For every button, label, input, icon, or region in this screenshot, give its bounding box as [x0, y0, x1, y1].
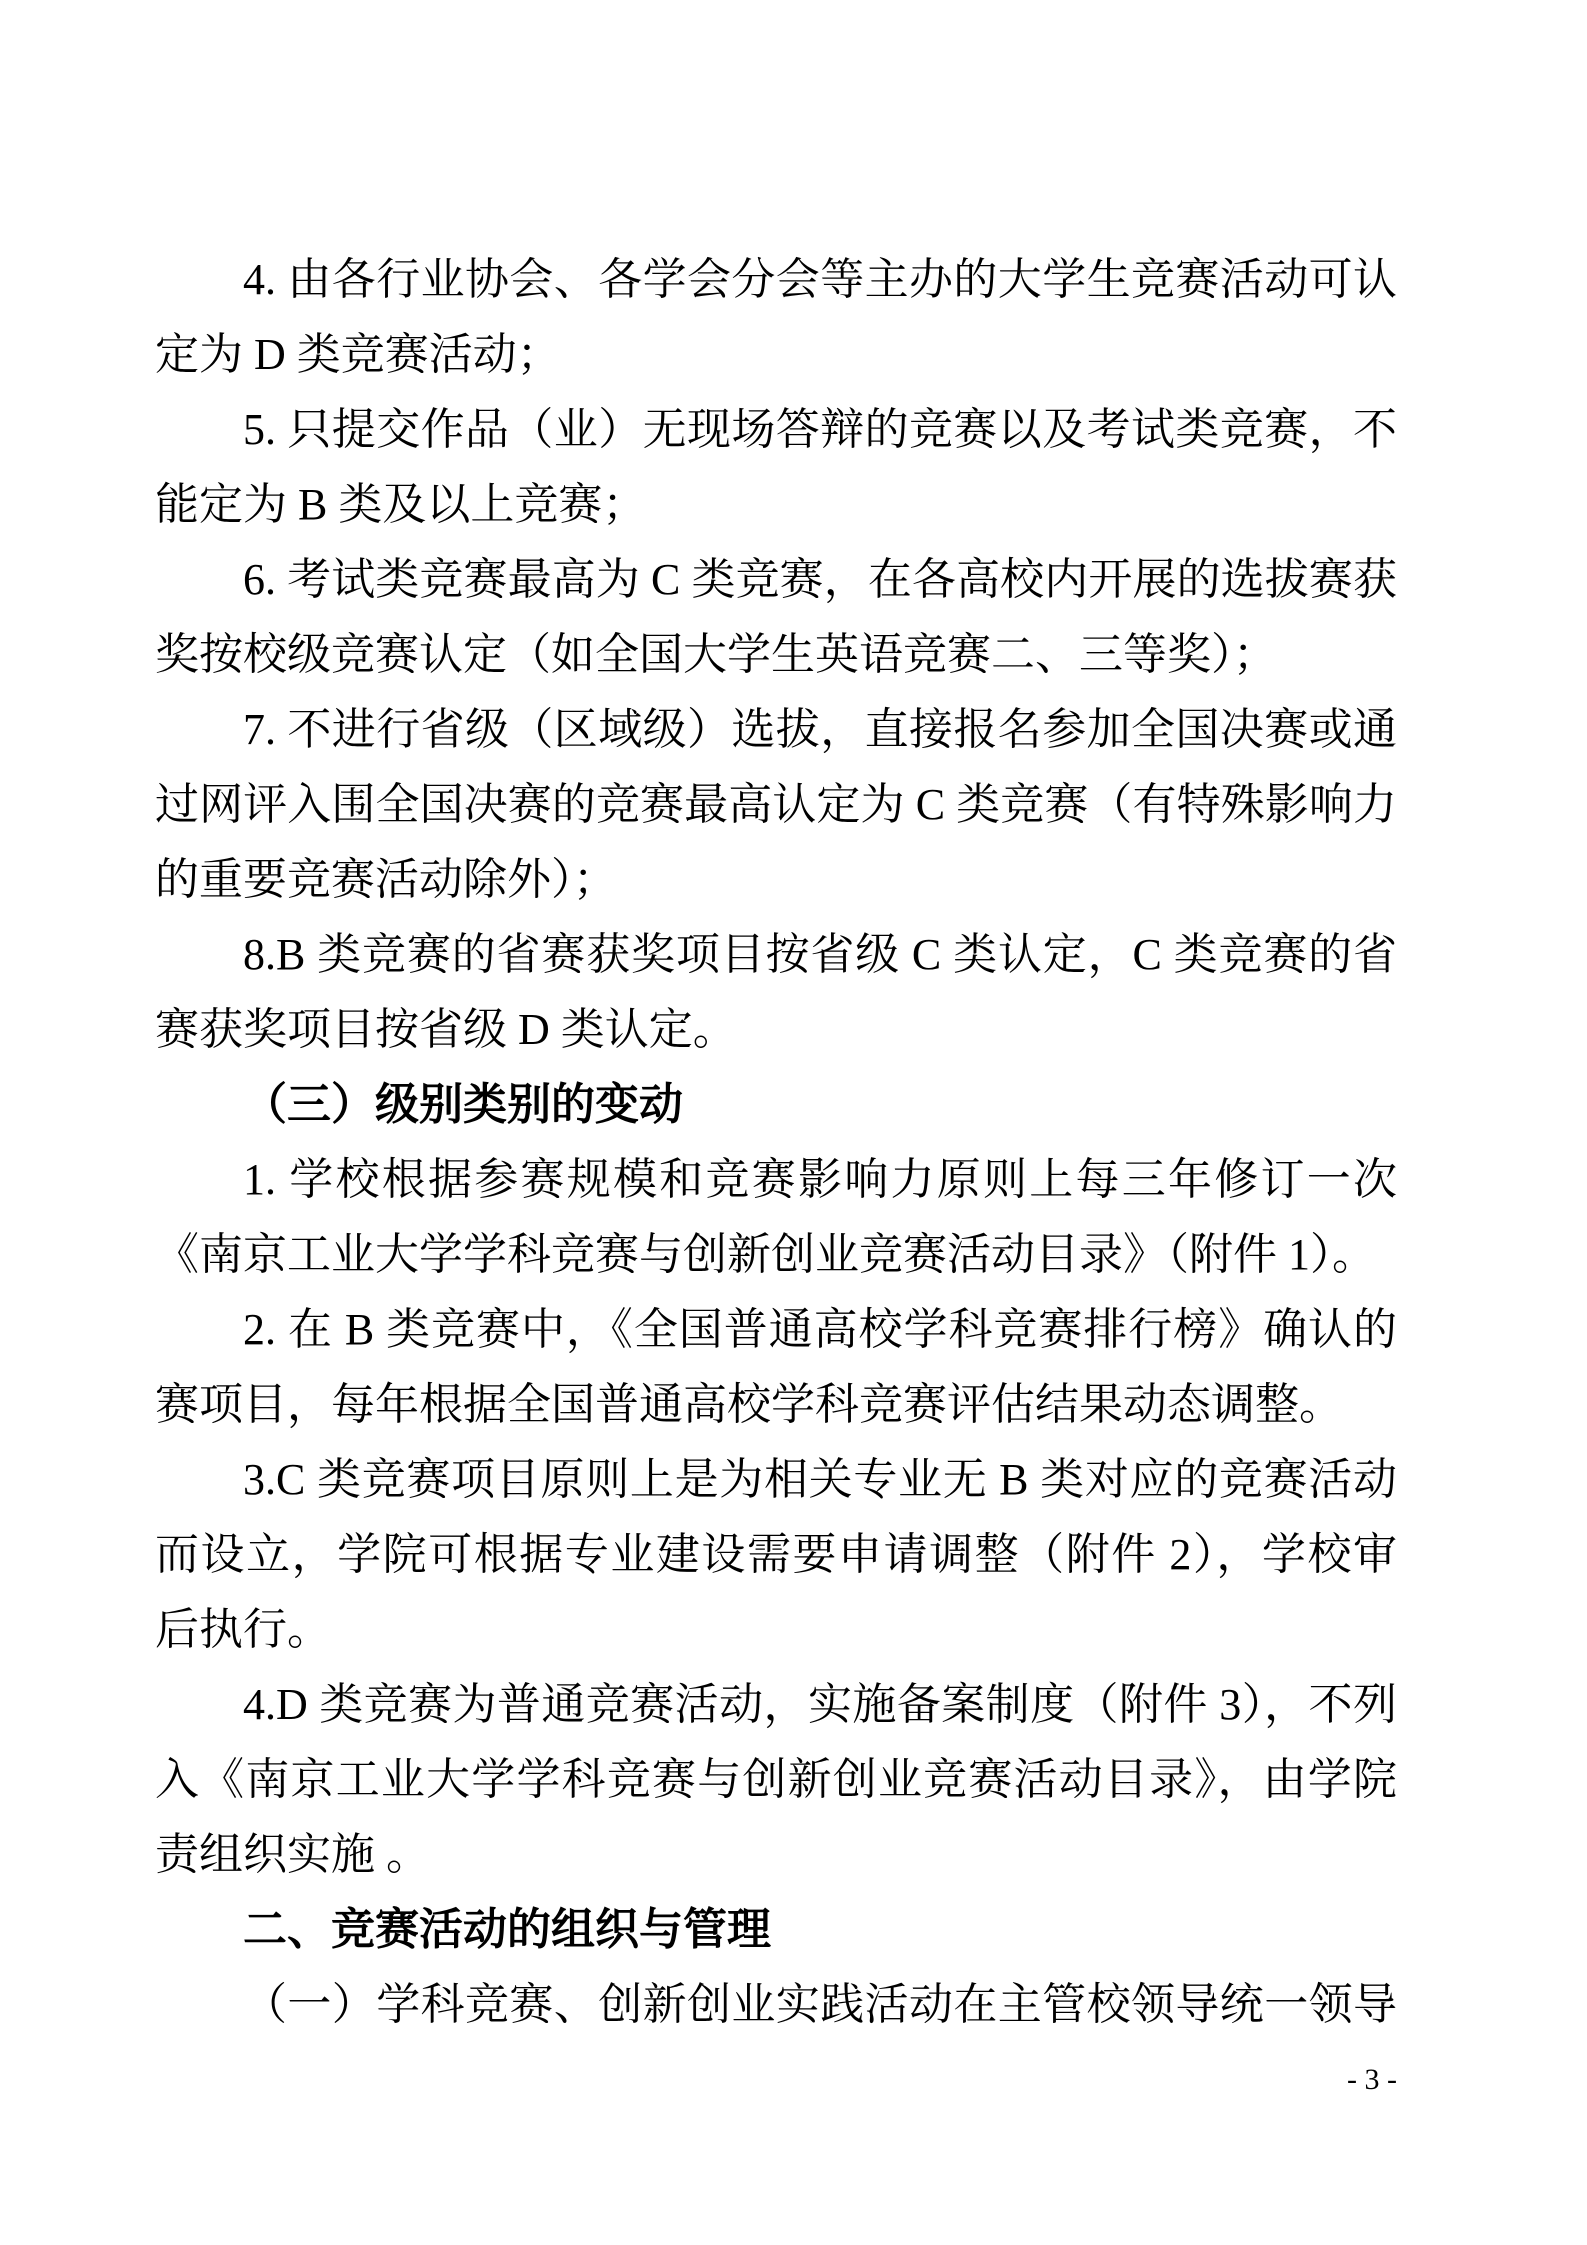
text-line: 3.C 类竞赛项目原则上是为相关专业无 B 类对应的竞赛活动: [155, 1442, 1397, 1517]
text-line: 责组织实施 。: [155, 1817, 1397, 1892]
text-line: 《南京工业大学学科竞赛与创新创业竞赛活动目录》（附件 1）。: [155, 1217, 1397, 1292]
text-line: 赛项目，每年根据全国普通高校学科竞赛评估结果动态调整。: [155, 1367, 1397, 1442]
text-line: 5. 只提交作品（业）无现场答辩的竞赛以及考试类竞赛，不: [155, 392, 1397, 467]
text-line: 而设立，学院可根据专业建设需要申请调整（附件 2），学校审核: [155, 1517, 1397, 1592]
document-page: 4. 由各行业协会、各学会分会等主办的大学生竞赛活动可认 定为 D 类竞赛活动；…: [0, 0, 1587, 2245]
text-line: 2. 在 B 类竞赛中，《全国普通高校学科竞赛排行榜》确认的竞: [155, 1292, 1397, 1367]
text-line: 奖按校级竞赛认定（如全国大学生英语竞赛二、三等奖）；: [155, 617, 1397, 692]
text-line: 4.D 类竞赛为普通竞赛活动，实施备案制度（附件 3），不列: [155, 1667, 1397, 1742]
text-line: 定为 D 类竞赛活动；: [155, 317, 1397, 392]
text-line: 后执行。: [155, 1592, 1397, 1667]
text-line: 6. 考试类竞赛最高为 C 类竞赛，在各高校内开展的选拔赛获: [155, 542, 1397, 617]
text-line: 过网评入围全国决赛的竞赛最高认定为 C 类竞赛（有特殊影响力: [155, 767, 1397, 842]
text-line: 1. 学校根据参赛规模和竞赛影响力原则上每三年修订一次: [155, 1142, 1397, 1217]
text-line: 赛获奖项目按省级 D 类认定。: [155, 992, 1397, 1067]
text-line: 7. 不进行省级（区域级）选拔，直接报名参加全国决赛或通: [155, 692, 1397, 767]
text-line: 入《南京工业大学学科竞赛与创新创业竞赛活动目录》，由学院负: [155, 1742, 1397, 1817]
text-line: 4. 由各行业协会、各学会分会等主办的大学生竞赛活动可认: [155, 242, 1397, 317]
text-line: 8.B 类竞赛的省赛获奖项目按省级 C 类认定，C 类竞赛的省: [155, 917, 1397, 992]
subsection-heading: （三）级别类别的变动: [155, 1067, 1397, 1142]
text-line: （一）学科竞赛、创新创业实践活动在主管校领导统一领导: [155, 1967, 1397, 2042]
text-line: 能定为 B 类及以上竞赛；: [155, 467, 1397, 542]
section-heading: 二、竞赛活动的组织与管理: [155, 1892, 1397, 1967]
text-line: 的重要竞赛活动除外）；: [155, 842, 1397, 917]
page-number: - 3 -: [155, 2042, 1397, 2117]
document-body: 4. 由各行业协会、各学会分会等主办的大学生竞赛活动可认 定为 D 类竞赛活动；…: [155, 242, 1397, 2042]
